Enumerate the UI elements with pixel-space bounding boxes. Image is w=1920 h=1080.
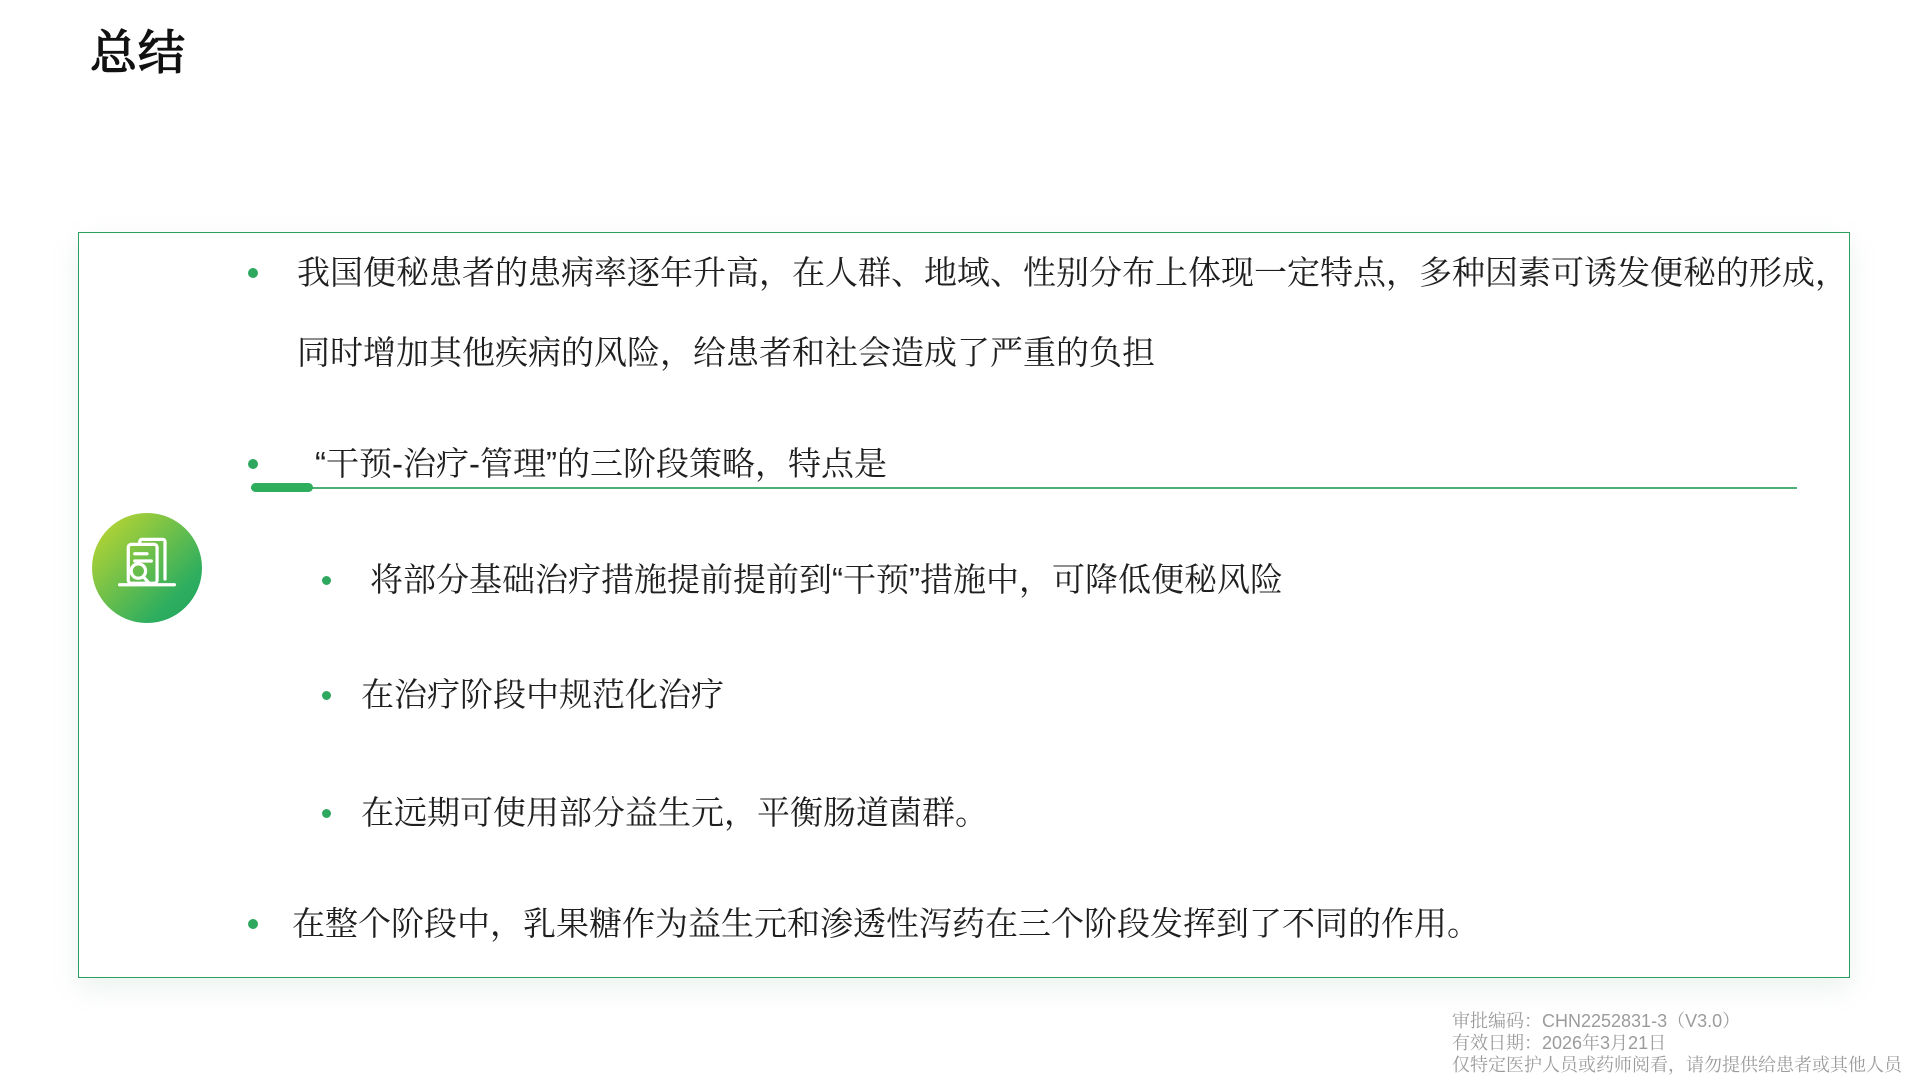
bullet-dot-icon <box>322 809 331 818</box>
page-title: 总结 <box>90 16 186 83</box>
slide: 总结 我国便秘患者的患病率逐年升高，在人群、地域、性别分布上体现一定特点，多种因… <box>0 0 1920 1080</box>
valid-date: 有效日期：2026年3月21日 <box>1452 1032 1902 1054</box>
bullet-dot-icon <box>322 691 331 700</box>
document-search-icon <box>111 530 183 607</box>
bullet-dot-icon <box>248 268 258 278</box>
bullet-item-1: 我国便秘患者的患病率逐年升高，在人群、地域、性别分布上体现一定特点，多种因素可诱… <box>248 251 1848 295</box>
audience-note: 仅特定医护人员或药师阅看，请勿提供给患者或其他人员 <box>1452 1054 1902 1076</box>
sub-bullet-text: 将部分基础治疗措施提前提前到“干预”措施中，可降低便秘风险 <box>370 558 1283 602</box>
sub-bullet-item-1: 将部分基础治疗措施提前提前到“干预”措施中，可降低便秘风险 <box>322 558 1283 602</box>
approval-code: 审批编码：CHN2252831-3（V3.0） <box>1452 1010 1902 1032</box>
sub-bullet-item-2: 在治疗阶段中规范化治疗 <box>322 673 724 717</box>
sub-bullet-item-3: 在远期可使用部分益生元，平衡肠道菌群。 <box>322 791 988 835</box>
bullet-text-continuation: 同时增加其他疾病的风险，给患者和社会造成了严重的负担 <box>297 331 1155 375</box>
sub-bullet-text: 在治疗阶段中规范化治疗 <box>361 673 724 717</box>
bullet-dot-icon <box>322 576 331 585</box>
sub-bullet-text: 在远期可使用部分益生元，平衡肠道菌群。 <box>361 791 988 835</box>
section-underline <box>251 483 1797 493</box>
bullet-dot-icon <box>248 919 258 929</box>
bullet-item-3: 在整个阶段中，乳果糖作为益生元和渗透性泻药在三个阶段发挥到了不同的作用。 <box>248 902 1480 946</box>
underline-accent-bar <box>251 483 313 492</box>
compliance-footer: 审批编码：CHN2252831-3（V3.0） 有效日期：2026年3月21日 … <box>1452 1010 1902 1076</box>
underline-thin-rule <box>251 487 1797 489</box>
bullet-text: 在整个阶段中，乳果糖作为益生元和渗透性泻药在三个阶段发挥到了不同的作用。 <box>292 902 1480 946</box>
bullet-item-2: “干预-治疗-管理”的三阶段策略，特点是 <box>248 442 887 486</box>
bullet-dot-icon <box>248 459 258 469</box>
bullet-text: 我国便秘患者的患病率逐年升高，在人群、地域、性别分布上体现一定特点，多种因素可诱… <box>297 251 1848 295</box>
bullet-text: “干预-治疗-管理”的三阶段策略，特点是 <box>315 442 887 486</box>
summary-badge <box>92 513 202 623</box>
